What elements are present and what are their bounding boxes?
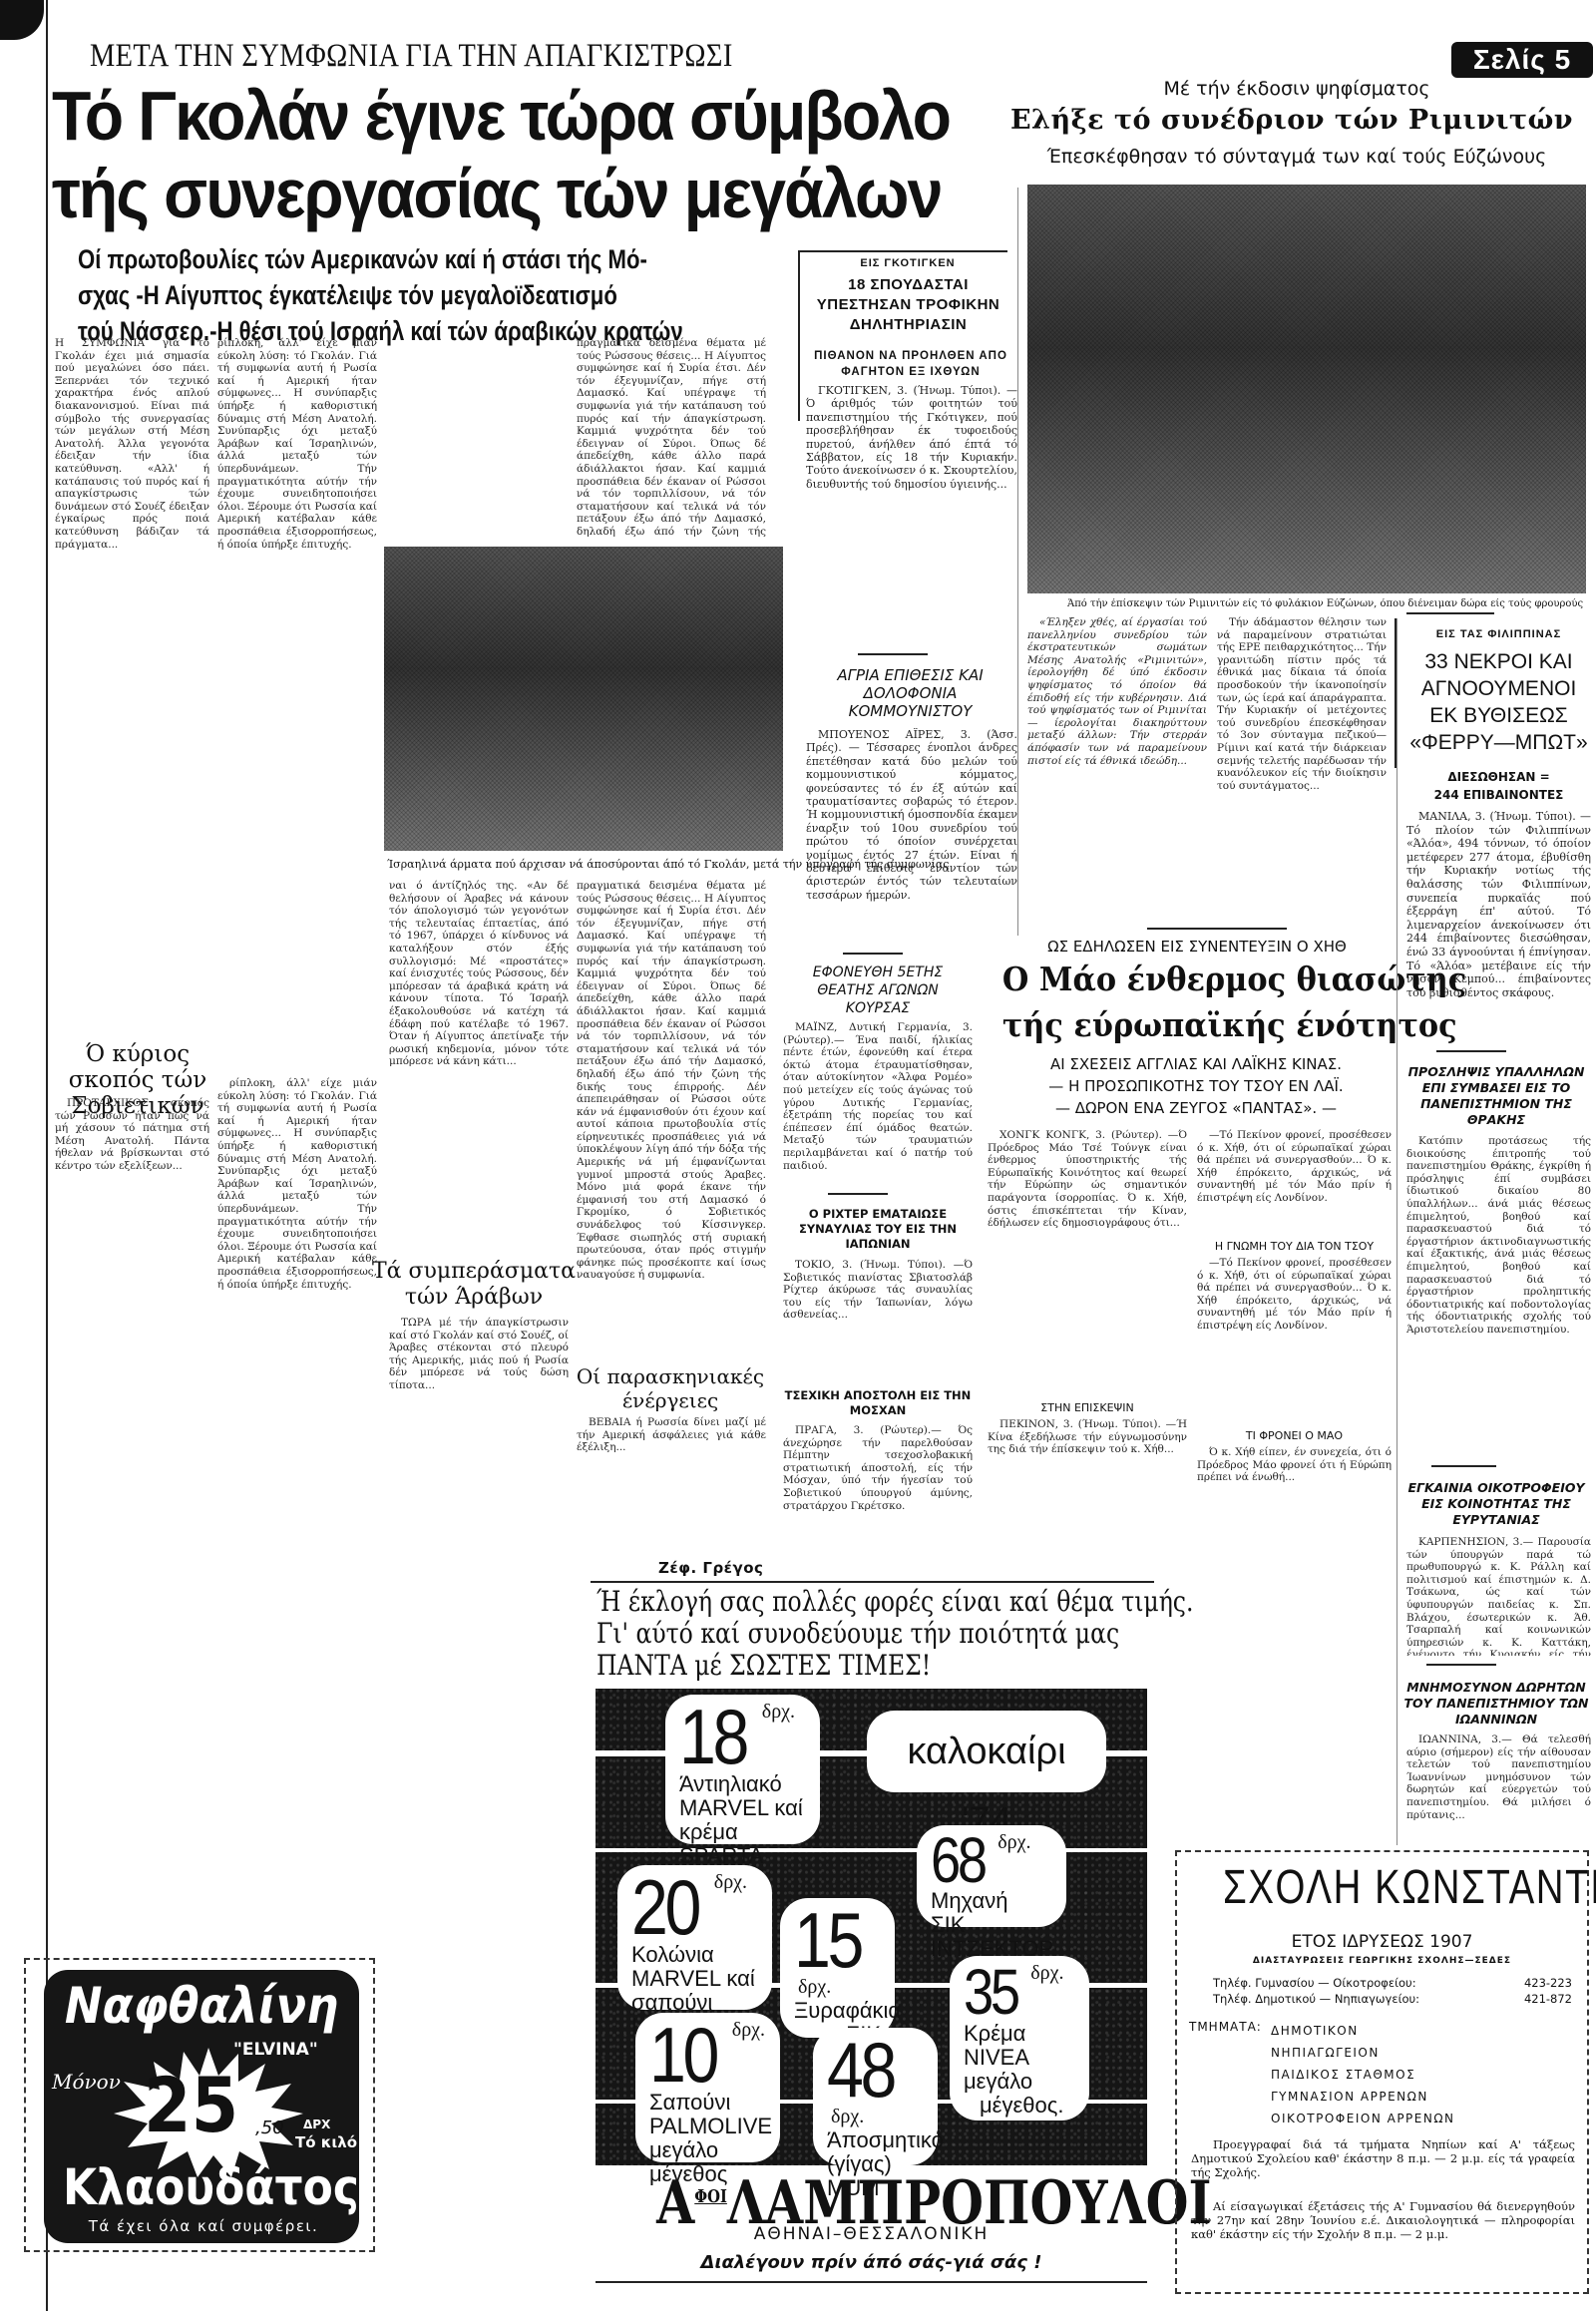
ad-tagline: Διαλέγουν πρίν άπό σάς-γιά σάς !: [596, 2252, 1147, 2273]
main-story-subhead-1: Οί πρωτοβουλίες τών Αμερικανών καί ή στά…: [78, 241, 647, 277]
page-number-badge: Σελίς 5: [1451, 42, 1593, 78]
main-story-col1-after: ΠΡΟΤΑΡΧΙΚΟΣ σκοπός τών Ρώσσων ήταν πώς ν…: [55, 1097, 209, 1935]
ioannina-body: ΙΩΑΝΝΙΝΑ, 3.— Θά τελεσθή αύριο (σήμερον)…: [1406, 1733, 1591, 1837]
price-value: 10: [649, 2019, 716, 2091]
buenos-aires-title: ΑΓΡΙΑ ΕΠΙΘΕΣΙΣ ΚΑΙ ΔΟΛΟΦΟΝΙΑ ΚΟΜΜΟΥΝΙΣΤΟ…: [803, 666, 1017, 720]
main-story-subhead-2: σχας -Η Αίγυπτος έγκατέλειψε τόν μεγαλοϊ…: [78, 277, 617, 313]
column-rule: [1017, 188, 1018, 936]
price-main: 25: [144, 2066, 238, 2145]
divider: [1426, 1664, 1496, 1666]
price-desc: κρέμα SPARTA: [679, 1820, 806, 1868]
store-name: Κλαουδάτος: [63, 2159, 340, 2215]
main-story-col4: πραγματικά δεισμένα θέματα μέ τούς Ρώσσο…: [577, 880, 766, 1348]
rimini-headline: Ελήξε τό συνέδριον τών Ριμινιτών: [988, 105, 1596, 136]
rimini-body-right: Τήν άδάμαστον θέλησιν των νά παραμείνουν…: [1217, 616, 1387, 906]
price-item-35: 35δρχ. Κρέμα NIVEA μεγάλο μέγεθος.: [950, 1956, 1089, 2120]
evrytania-body: ΚΑΡΠΕΝΗΣΙΟΝ, 3.— Παρουσία τών ύπουργών π…: [1406, 1536, 1591, 1656]
main-story-col2-text: ρίπλοκη, άλλ' είχε μιάν εύκολη λύση: τό …: [217, 337, 377, 551]
currency: δρχ.: [997, 1831, 1030, 1853]
buenos-aires-body: ΜΠΟΥΕΝΟΣ ΑΪΡΕΣ, 3. (Άσσ. Πρές). — Τέσσαρ…: [806, 728, 1017, 943]
main-story-col1: Η ΣΥΜΦΩΝΙΑ γιά τό Γκολάν έχει μιά σημασί…: [55, 337, 209, 906]
price-desc: Άποσμητικό: [827, 2128, 924, 2152]
naphthalene-ad: Ναφθαλίνη "ELVINA" Μόνον 25 ,50 ΔΡΧ Τό κ…: [24, 1958, 375, 2252]
department: ΝΗΠΙΑΓΩΓΕΙΟΝ: [1271, 2042, 1455, 2064]
school-note-2: Αί είσαγωγικαί έξετάσεις τής Α' Γυμνασίο…: [1191, 2199, 1575, 2241]
column-rule: [1396, 618, 1397, 1845]
ad-slogan-1: Ή έκλογή σας πολλές φορές είναι καί θέμα…: [597, 1586, 1193, 1618]
sidebar-border: [798, 251, 800, 421]
naphthalene-panel: Ναφθαλίνη "ELVINA" Μόνον 25 ,50 ΔΡΧ Τό κ…: [44, 1970, 359, 2243]
school-accreditation: ΔΙΑΣΤΑΥΡΩΣΕΙΣ ΓΕΩΡΓΙΚΗΣ ΣΧΟΛΗΣ—ΣΕΔΕΣ: [1177, 1956, 1587, 1966]
ad-cities: ΑΘΗΝΑΙ–ΘΕΣΣΑΛΟΝΙΚΗ: [596, 2224, 1147, 2244]
price-desc: μεγάλο: [964, 2070, 1075, 2094]
col3-subheading: Τά συμπεράσματα τών Άράβων: [364, 1259, 584, 1311]
price-desc: Ξυραφάκια: [794, 1999, 881, 2023]
ioannina-title: ΜΝΗΜΟΣΥΝΟΝ ΔΩΡΗΤΩΝ ΤΟΥ ΠΑΝΕΠΙΣΤΗΜΙΟΥ ΤΩΝ…: [1396, 1680, 1596, 1728]
thrace-body-text: Κατόπιν προτάσεως τής διοικούσης έπιτροπ…: [1406, 1135, 1591, 1337]
main-story-col4-top-text: πραγματικά δεισμένα θέματα μέ τούς Ρώσσο…: [577, 337, 766, 537]
gottingen-body: ΓΚΟΤΙΓΚΕΝ, 3. (Ήνωμ. Τύποι). —Ό άριθμός …: [806, 384, 1017, 633]
mao-subhead-2: — Η ΠΡΟΣΩΠΙΚΟΤΗΣ ΤΟΥ ΤΣΟΥ ΕΝ ΛΑΪ.: [986, 1077, 1406, 1095]
buenos-aires-body-text: ΜΠΟΥΕΝΟΣ ΑΪΡΕΣ, 3. (Άσσ. Πρές). — Τέσσαρ…: [806, 728, 1017, 902]
tokyo-body-text: ΤΟΚΙΟ, 3. (Ήνωμ. Τύποι). —Ό Σοβιετικός π…: [783, 1259, 973, 1322]
thrace-title: ΠΡΟΣΛΗΨΙΣ ΥΠΑΛΛΗΛΩΝ ΕΠΙ ΣΥΜΒΑΣΕΙ ΕΙΣ ΤΟ …: [1396, 1064, 1596, 1128]
mao-col-right-heading-tsou: Η ΓΝΩΜΗ ΤΟΥ ΔΙΑ ΤΟΝ ΤΣΟΥ: [1197, 1240, 1392, 1253]
philippines-title: 33 ΝΕΚΡΟΙ ΚΑΙ ΑΓΝΟΟΥΜΕΝΟΙ ΕΚ ΒΥΘΙΣΕΩΣ «Φ…: [1406, 648, 1591, 756]
philippines-subtitle-1: ΔΙΕΣΩΘΗΣΑΝ =: [1401, 770, 1596, 784]
school-ad: ΣΧΟΛΗ ΚΩΝΣΤΑΝΤΙΝΙΔΟΥ ΕΤΟΣ ΙΔΡΥΣΕΩΣ 1907 …: [1175, 1850, 1589, 2294]
mao-col-right: —Τό Πεκίνον φρονεί, προσέθεσεν ό κ. Χήθ,…: [1197, 1129, 1392, 1239]
school-name: ΣΧΟΛΗ ΚΩΝΣΤΑΝΤΙΝΙΔΟΥ: [1223, 1860, 1542, 1916]
department: ΓΥΜΝΑΣΙΟΝ ΑΡΡΕΝΩΝ: [1271, 2086, 1455, 2108]
school-phone-1: Τηλέφ. Γυμνασίου — Οίκοτροφείου: 423-223: [1213, 1976, 1572, 1990]
main-story-col3: ναι ό άντίζηλός της. «Αν δέ θελήσουν οί …: [389, 880, 569, 1219]
byline: Ζέφ. Γρέγος: [658, 1559, 763, 1577]
currency: δρχ.: [714, 1871, 747, 1893]
gutter-mark: [0, 0, 44, 40]
ioannina-body-text: ΙΩΑΝΝΙΝΑ, 3.— Θά τελεσθή αύριο (σήμερον)…: [1406, 1733, 1591, 1821]
mao-col-right-after-text: Ό κ. Χήθ είπεν, έν συνεχεία, ότι ό Πρόεδ…: [1197, 1446, 1392, 1484]
price-item-68: 68δρχ. Μηχανή ΣΙΚ ΙΝΤΖΕΚΤΟΡ: [917, 1825, 1066, 1927]
school-phone-2: Τηλέφ. Δημοτικού — Νηπιαγωγείου: 421-872: [1213, 1992, 1572, 2006]
price-value: 35: [964, 1962, 1017, 2022]
store-tagline: Τά έχει όλα καί συμφέρει.: [54, 2217, 353, 2235]
price-desc: Κρέμα NIVEA: [964, 2022, 1075, 2070]
mainz-body-text: ΜΑΪΝΖ, Δυτική Γερμανία, 3. (Ρώυτερ).— Έν…: [783, 1021, 973, 1172]
product-name: Ναφθαλίνη: [60, 1978, 343, 2034]
gottingen-kicker: ΕΙΣ ΓΚΟΤΙΓΚΕΝ: [803, 257, 1012, 269]
main-story-headline-line1: Τό Γκολάν έγινε τώρα σύμβολο: [52, 80, 950, 152]
price-value: 15: [794, 1904, 861, 1976]
mao-headline-2: τής εύρωπαϊκής ένότητος: [1002, 1005, 1390, 1044]
rimini-body-left-text: «Έληξεν χθές, αί έργασίαι τού πανελληνίο…: [1027, 616, 1207, 767]
phone-number: 421-872: [1524, 1992, 1572, 2006]
price-desc: PALMOLIVE: [649, 2115, 766, 2138]
rimini-body-left: «Έληξεν χθές, αί έργασίαι τού πανελληνίο…: [1027, 616, 1207, 906]
unit-currency: ΔΡΧ: [303, 2118, 330, 2131]
prague-title: ΤΣΕΧΙΚΗ ΑΠΟΣΤΟΛΗ ΕΙΣ ΤΗΝ ΜΟΣΧΑΝ: [783, 1388, 973, 1418]
phone-label: Τηλέφ. Δημοτικού — Νηπιαγωγείου:: [1213, 1992, 1419, 2006]
brand-sup: ΦΟΙ: [694, 2186, 727, 2207]
philippines-subtitle-2: 244 ΕΠΙΒΑΙΝΟΝΤΕΣ: [1401, 788, 1596, 802]
mao-col-left-after: ΠΕΚΙΝΟΝ, 3. (Ήνωμ. Τύποι). —Ή Κίνα έξεδή…: [988, 1418, 1187, 1548]
price-desc: μέγεθος.: [964, 2094, 1075, 2118]
golan-tanks-photo: [384, 547, 783, 851]
gottingen-subtitle: ΠΙΘΑΝΟΝ ΝΑ ΠΡΟΗΛΘΕΝ ΑΠΟ ΦΑΓΗΤΟΝ ΕΞ ΙΧΘΥΩ…: [806, 348, 1015, 380]
divider: [1436, 1050, 1506, 1052]
phone-number: 423-223: [1524, 1976, 1572, 1990]
gottingen-title: 18 ΣΠΟΥΔΑΣΤΑΙ ΥΠΕΣΤΗΣΑΝ ΤΡΟΦΙΚΗΝ ΔΗΛΗΤΗΡ…: [816, 275, 1000, 335]
season-box: καλοκαίρι '74: [867, 1711, 1106, 1792]
tokyo-title: Ο ΡΙΧΤΕΡ ΕΜΑΤΑΙΩΣΕ ΣΥΝΑΥΛΙΑΣ ΤΟΥ ΕΙΣ ΤΗΝ…: [783, 1207, 973, 1252]
price-value: 18: [679, 1701, 746, 1772]
price-item-20: 20δρχ. Κολώνια MARVEL καί σαπούνι LARA: [617, 1865, 772, 2010]
price-value: 48: [827, 2034, 894, 2106]
main-story-col2: ρίπλοκη, άλλ' είχε μιάν εύκολη λύση: τό …: [217, 337, 377, 936]
currency: δρχ.: [732, 2019, 765, 2041]
divider: [1431, 1465, 1496, 1467]
price-cents: ,50: [255, 2118, 284, 2138]
thrace-body: Κατόπιν προτάσεως τής διοικούσης έπιτροπ…: [1406, 1135, 1591, 1456]
col4-subheading: Οί παρασκηνιακές ένέργειες: [571, 1364, 770, 1412]
mao-col-right-mid: —Τό Πεκίνον φρονεί, προσέθεσεν ό κ. Χήθ,…: [1197, 1257, 1392, 1426]
evrytania-title: ΕΓΚΑΙΝΙΑ ΟΙΚΟΤΡΟΦΕΙΟΥ ΕΙΣ ΚΟΙΝΟΤΗΤΑΣ ΤΗΣ…: [1396, 1480, 1596, 1528]
department: ΔΗΜΟΤΙΚΟΝ: [1271, 2020, 1455, 2042]
main-story-col4-after-text: ΒΕΒΑΙΑ ή Ρωσσία δίνει μαζί μέ τήν Αμερικ…: [577, 1416, 766, 1454]
ad-top-rule: [591, 1581, 1154, 1583]
mao-col-left-heading: ΣΤΗΝ ΕΠΙΣΚΕΨΙΝ: [988, 1401, 1187, 1414]
ad-slogan-2: Γι' αύτό καί συνοδεύουμε τήν ποιότητά μα…: [597, 1618, 1119, 1650]
main-story-col4-top: πραγματικά δεισμένα θέματα μέ τούς Ρώσσο…: [577, 337, 766, 537]
rimini-subhead: Έπεσκέφθησαν τό σύνταγμά των καί τούς Εύ…: [997, 146, 1596, 168]
departments-list: ΔΗΜΟΤΙΚΟΝ ΝΗΠΙΑΓΩΓΕΙΟΝ ΠΑΙΔΙΚΟΣ ΣΤΑΘΜΟΣ …: [1271, 2020, 1455, 2129]
departments-label: ΤΜΗΜΑΤΑ:: [1189, 2020, 1262, 2034]
price-item-18: 18δρχ. Άντιηλιακό MARVEL καί κρέμα SPART…: [665, 1695, 820, 1844]
prague-body: ΠΡΑΓΑ, 3. (Ρώυτερ).— Ός άνεχώρησε τήν πα…: [783, 1424, 973, 1574]
unit-kilo: Τό κιλό: [295, 2133, 357, 2151]
divider: [843, 953, 903, 955]
department: ΟΙΚΟΤΡΟΦΕΙΟΝ ΑΡΡΕΝΩΝ: [1271, 2108, 1455, 2129]
currency: δρχ.: [1030, 1962, 1063, 1984]
school-founded: ΕΤΟΣ ΙΔΡΥΣΕΩΣ 1907: [1177, 1932, 1587, 1952]
mainz-title: ΕΦΟΝΕΥΘΗ 5ΕΤΗΣ ΘΕΑΤΗΣ ΑΓΩΝΩΝ ΚΟΥΡΣΑΣ: [788, 963, 968, 1017]
rimini-kicker: Μέ τήν έκδοσιν ψηφίσματος: [997, 78, 1596, 100]
currency: δρχ.: [762, 1701, 795, 1723]
price-value: 20: [631, 1871, 698, 1943]
phone-label: Τηλέφ. Γυμνασίου — Οίκοτροφείου:: [1213, 1976, 1416, 1990]
price-item-48: 48δρχ. Άποσμητικό (γίγας) MUM: [813, 2028, 938, 2165]
rimini-photo-caption: Άπό τήν έπίσκεψιν τών Ριμινιτών είς τό φ…: [1067, 598, 1586, 609]
philippines-kicker: ΕΙΣ ΤΑΣ ΦΙΛΙΠΠΙΝΑΣ: [1401, 628, 1596, 640]
mao-headline-1: Ο Μάο ένθερμος θιασώτης: [1002, 960, 1390, 998]
price-item-15: 15δρχ. Ξυραφάκια ΣΙΚ: [780, 1898, 895, 2038]
school-note-1: Προεγγραφαί διά τά τμήματα Νηπίων καί Α'…: [1191, 2137, 1575, 2179]
mao-col-right-mid-text: —Τό Πεκίνον φρονεί, προσέθεσεν ό κ. Χήθ,…: [1197, 1257, 1392, 1333]
mao-col-right-heading: ΤΙ ΦΡΟΝΕΙ Ο ΜΑΟ: [1197, 1429, 1392, 1442]
mao-subhead-1: ΑΙ ΣΧΕΣΕΙΣ ΑΓΓΛΙΑΣ ΚΑΙ ΛΑΪΚΗΣ ΚΙΝΑΣ.: [986, 1055, 1406, 1073]
mao-col-left-after-text: ΠΕΚΙΝΟΝ, 3. (Ήνωμ. Τύποι). —Ή Κίνα έξεδή…: [988, 1418, 1187, 1456]
gottingen-body-text: ΓΚΟΤΙΓΚΕΝ, 3. (Ήνωμ. Τύποι). —Ό άριθμός …: [806, 384, 1017, 491]
mao-col-left: ΧΟΝΓΚ ΚΟΝΓΚ, 3. (Ρώυτερ). —Ό Πρόεδρος Μά…: [988, 1129, 1187, 1398]
mao-col-right-after: Ό κ. Χήθ είπεν, έν συνεχεία, ότι ό Πρόεδ…: [1197, 1446, 1392, 1835]
mao-subhead-3: — ΔΩΡΟΝ ΕΝΑ ΖΕΥΓΟΣ «ΠΑΝΤΑΣ». —: [986, 1099, 1406, 1117]
main-story-col3-after-text: ΤΩΡΑ μέ τήν άπαγκίστρωσιν καί στό Γκολάν…: [389, 1317, 569, 1392]
main-story-kicker: ΜΕΤΑ ΤΗΝ ΣΥΜΦΩΝΙΑ ΓΙΑ ΤΗΝ ΑΠΑΓΚΙΣΤΡΩΣΙ: [90, 38, 733, 75]
main-story-col4-text: πραγματικά δεισμένα θέματα μέ τούς Ρώσσο…: [577, 880, 766, 1282]
only-label: Μόνον: [52, 2070, 121, 2094]
ad-bottom-rule: [596, 2281, 1147, 2283]
price-desc: ΣΙΚ ΙΝΤΖΕΚΤΟΡ: [931, 1913, 1052, 1961]
main-story-col1-after-text: ΠΡΟΤΑΡΧΙΚΟΣ σκοπός τών Ρώσσων ήταν πώς ν…: [55, 1097, 209, 1173]
ad-slogan-3: ΠΑΝΤΑ μέ ΣΩΣΤΕΣ ΤΙΜΕΣ!: [597, 1650, 931, 1682]
main-story-col2-cont: ρίπλοκη, άλλ' είχε μιάν εύκολη λύση: τό …: [217, 1077, 377, 1935]
tokyo-body: ΤΟΚΙΟ, 3. (Ήνωμ. Τύποι). —Ό Σοβιετικός π…: [783, 1259, 973, 1378]
main-story-col2-cont-text: ρίπλοκη, άλλ' είχε μιάν εύκολη λύση: τό …: [217, 1077, 377, 1291]
sidebar-border: [1395, 618, 1396, 768]
main-story-col3-text: ναι ό άντίζηλός της. «Αν δέ θελήσουν οί …: [389, 880, 569, 1068]
ad-price-panel: καλοκαίρι '74 18δρχ. Άντιηλιακό MARVEL κ…: [596, 1689, 1147, 2165]
price-item-10: 10δρχ. Σαπούνι PALMOLIVE μεγάλο μέγεθος: [635, 2013, 780, 2162]
mao-col-left-text: ΧΟΝΓΚ ΚΟΝΓΚ, 3. (Ρώυτερ). —Ό Πρόεδρος Μά…: [988, 1129, 1187, 1230]
main-story-col4-after: ΒΕΒΑΙΑ ή Ρωσσία δίνει μαζί μέ τήν Αμερικ…: [577, 1416, 766, 1556]
rimini-photo: [1027, 185, 1586, 593]
prague-body-text: ΠΡΑΓΑ, 3. (Ρώυτερ).— Ός άνεχώρησε τήν πα…: [783, 1424, 973, 1512]
divider: [1406, 612, 1494, 614]
price-desc: MARVEL καί: [679, 1796, 806, 1820]
rimini-body-right-text: Τήν άδάμαστον θέλησιν των νά παραμείνουν…: [1217, 616, 1387, 792]
divider: [1147, 928, 1287, 930]
sidebar-border-top: [798, 250, 1007, 252]
department: ΠΑΙΔΙΚΟΣ ΣΤΑΘΜΟΣ: [1271, 2064, 1455, 2086]
price-desc: MARVEL καί: [631, 1967, 758, 1991]
main-story-col1-text: Η ΣΥΜΦΩΝΙΑ γιά τό Γκολάν έχει μιά σημασί…: [55, 337, 209, 551]
main-story-col3-after: ΤΩΡΑ μέ τήν άπαγκίστρωσιν καί στό Γκολάν…: [389, 1317, 569, 1935]
divider: [858, 653, 928, 655]
main-story-headline-line2: τής συνεργασίας τών μεγάλων: [52, 158, 942, 229]
golan-photo-caption: Ίσραηλινά άρματα πού άρχισαν νά άποσύρον…: [387, 858, 1005, 871]
mao-col-right-text: —Τό Πεκίνον φρονεί, προσέθεσεν ό κ. Χήθ,…: [1197, 1129, 1392, 1205]
mao-kicker: ΩΣ ΕΔΗΛΩΣΕΝ ΕΙΣ ΣΥΝΕΝΤΕΥΞΙΝ Ο ΧΗΘ: [988, 938, 1406, 956]
evrytania-body-text: ΚΑΡΠΕΝΗΣΙΟΝ, 3.— Παρουσία τών ύπουργών π…: [1406, 1536, 1591, 1656]
divider: [828, 1193, 888, 1195]
price-value: 68: [931, 1831, 985, 1889]
mainz-body: ΜΑΪΝΖ, Δυτική Γερμανία, 3. (Ρώυτερ).— Έν…: [783, 1021, 973, 1181]
